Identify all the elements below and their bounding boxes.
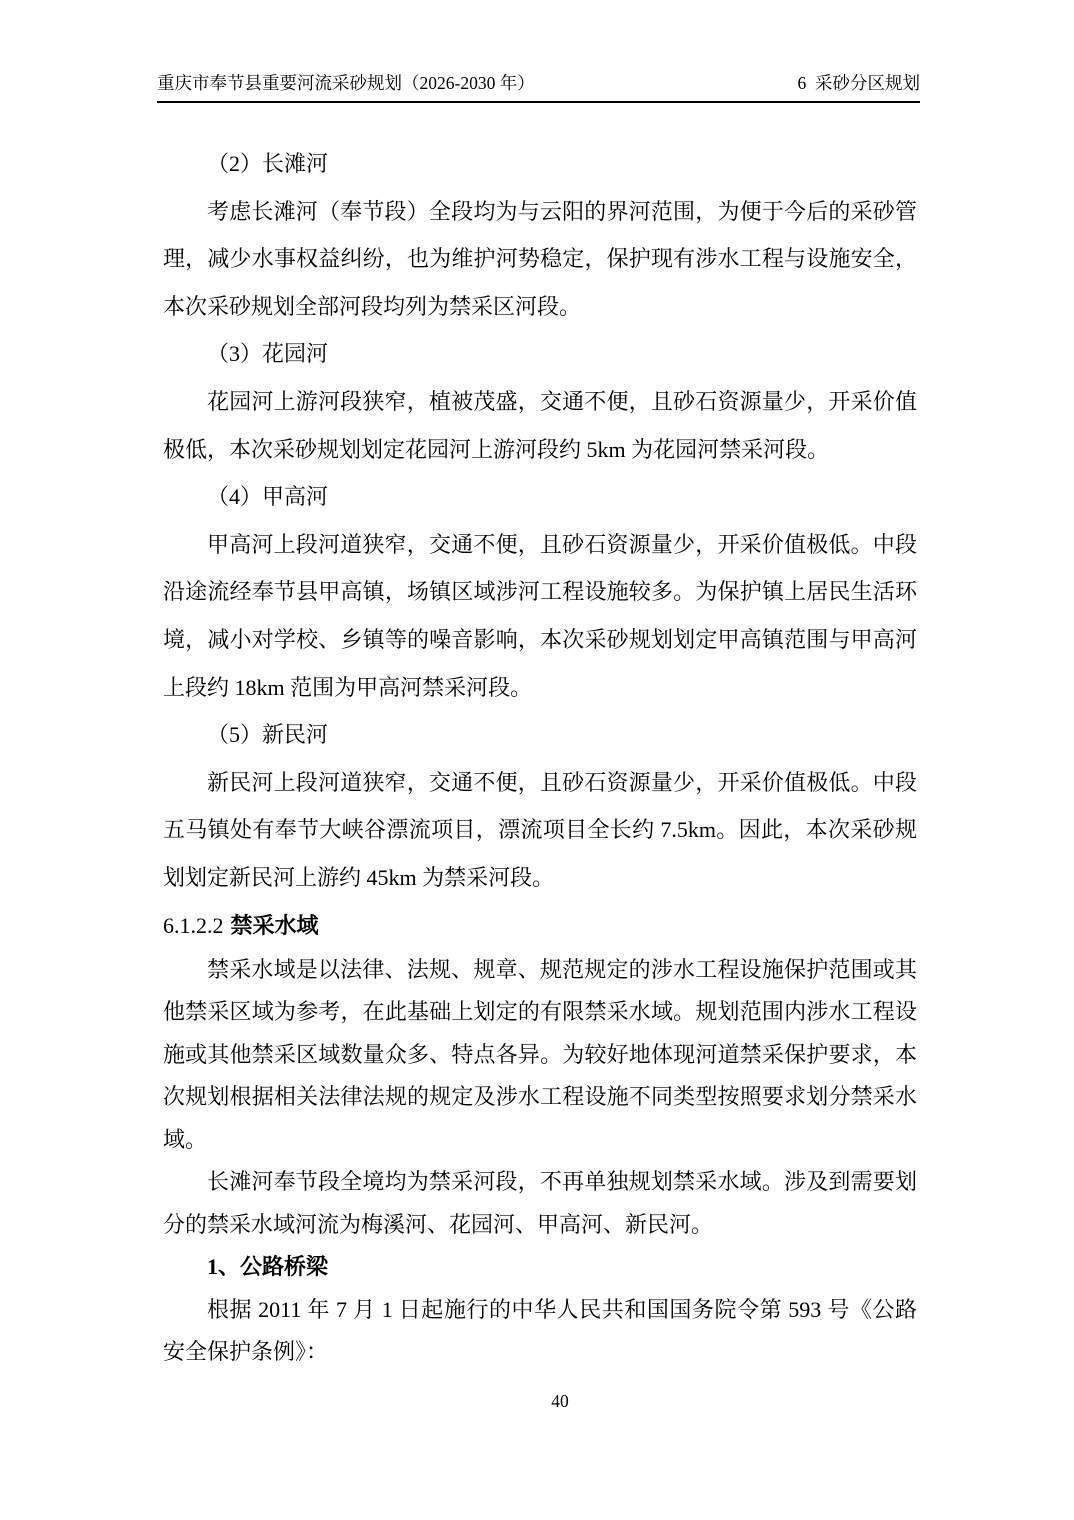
para-item5-heading: （5）新民河 [163,711,917,759]
section-number: 6.1.2.2 [163,913,224,938]
page-header: 重庆市奉节县重要河流采砂规划（2026-2030 年） 6 采砂分区规划 [157,72,920,103]
para-item4-heading: （4）甲高河 [163,473,917,521]
para-item3-body: 花园河上游河段狭窄，植被茂盛，交通不便，且砂石资源量少，开采价值极低，本次采砂规… [163,378,917,473]
para-subsection-1-body: 根据 2011 年 7 月 1 日起施行的中华人民共和国国务院令第 593 号《… [163,1289,917,1374]
header-document-title: 重庆市奉节县重要河流采砂规划（2026-2030 年） [157,72,535,95]
para-section-body-1: 禁采水域是以法律、法规、规章、规范规定的涉水工程设施保护范围或其他禁采区域为参考… [163,949,917,1162]
subsection-1-heading: 1、公路桥梁 [163,1246,917,1289]
para-item2-heading: （2）长滩河 [163,140,917,188]
para-item4-body: 甲高河上段河道狭窄，交通不便，且砂石资源量少，开采价值极低。中段沿途流经奉节县甲… [163,521,917,711]
section-6-1-2-2-heading: 6.1.2.2禁采水域 [163,902,917,949]
para-item3-heading: （3）花园河 [163,330,917,378]
page-number: 40 [551,1391,569,1412]
document-body: （2）长滩河 考虑长滩河（奉节段）全段均为与云阳的界河范围，为便于今后的采砂管理… [163,140,917,1374]
para-section-body-2: 长滩河奉节段全境均为禁采河段，不再单独规划禁采水域。涉及到需要划分的禁采水域河流… [163,1161,917,1246]
para-item5-body: 新民河上段河道狭窄，交通不便，且砂石资源量少，开采价值极低。中段五马镇处有奉节大… [163,759,917,902]
para-item2-body: 考虑长滩河（奉节段）全段均为与云阳的界河范围，为便于今后的采砂管理，减少水事权益… [163,188,917,331]
document-page: 重庆市奉节县重要河流采砂规划（2026-2030 年） 6 采砂分区规划 （2）… [0,0,1074,1520]
section-title: 禁采水域 [231,913,319,938]
header-chapter-title: 6 采砂分区规划 [798,72,921,95]
